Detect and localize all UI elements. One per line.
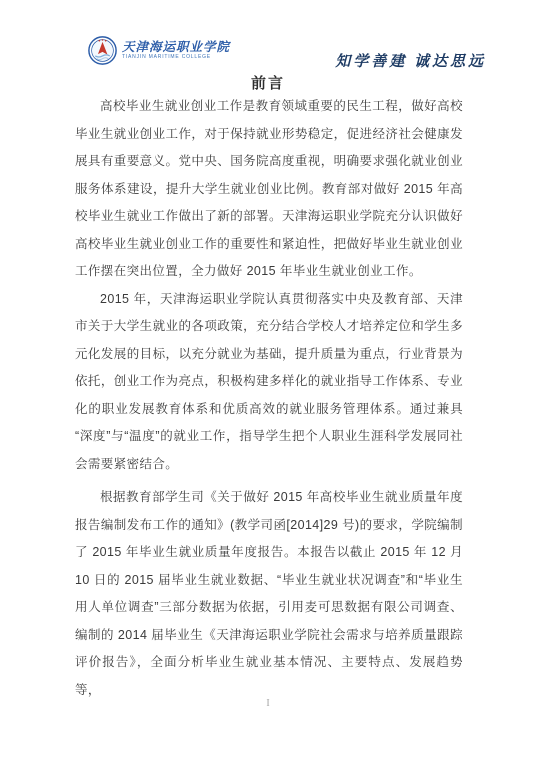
paragraph-1: 高校毕业生就业创业工作是教育领域重要的民生工程，做好高校毕业生就业创业工作，对于… — [75, 93, 463, 286]
document-body: 高校毕业生就业创业工作是教育领域重要的民生工程，做好高校毕业生就业创业工作，对于… — [75, 93, 463, 704]
school-logo-text: 天津海运职业学院 TIANJIN MARITIME COLLEGE — [122, 41, 230, 61]
school-name-en: TIANJIN MARITIME COLLEGE — [122, 55, 230, 60]
school-emblem-icon — [88, 36, 117, 65]
school-logo: 天津海运职业学院 TIANJIN MARITIME COLLEGE — [88, 36, 230, 65]
page-title: 前言 — [0, 72, 536, 93]
paragraph-2: 2015 年，天津海运职业学院认真贯彻落实中央及教育部、天津市关于大学生就业的各… — [75, 286, 463, 479]
school-motto: 知学善建 诚达思远 — [335, 50, 486, 71]
page-number: I — [0, 698, 536, 709]
school-name-cn: 天津海运职业学院 — [122, 41, 230, 54]
page-header: 天津海运职业学院 TIANJIN MARITIME COLLEGE 知学善建 诚… — [88, 36, 486, 70]
document-page: 天津海运职业学院 TIANJIN MARITIME COLLEGE 知学善建 诚… — [0, 0, 536, 768]
paragraph-3: 根据教育部学生司《关于做好 2015 年高校毕业生就业质量年度报告编制发布工作的… — [75, 484, 463, 704]
